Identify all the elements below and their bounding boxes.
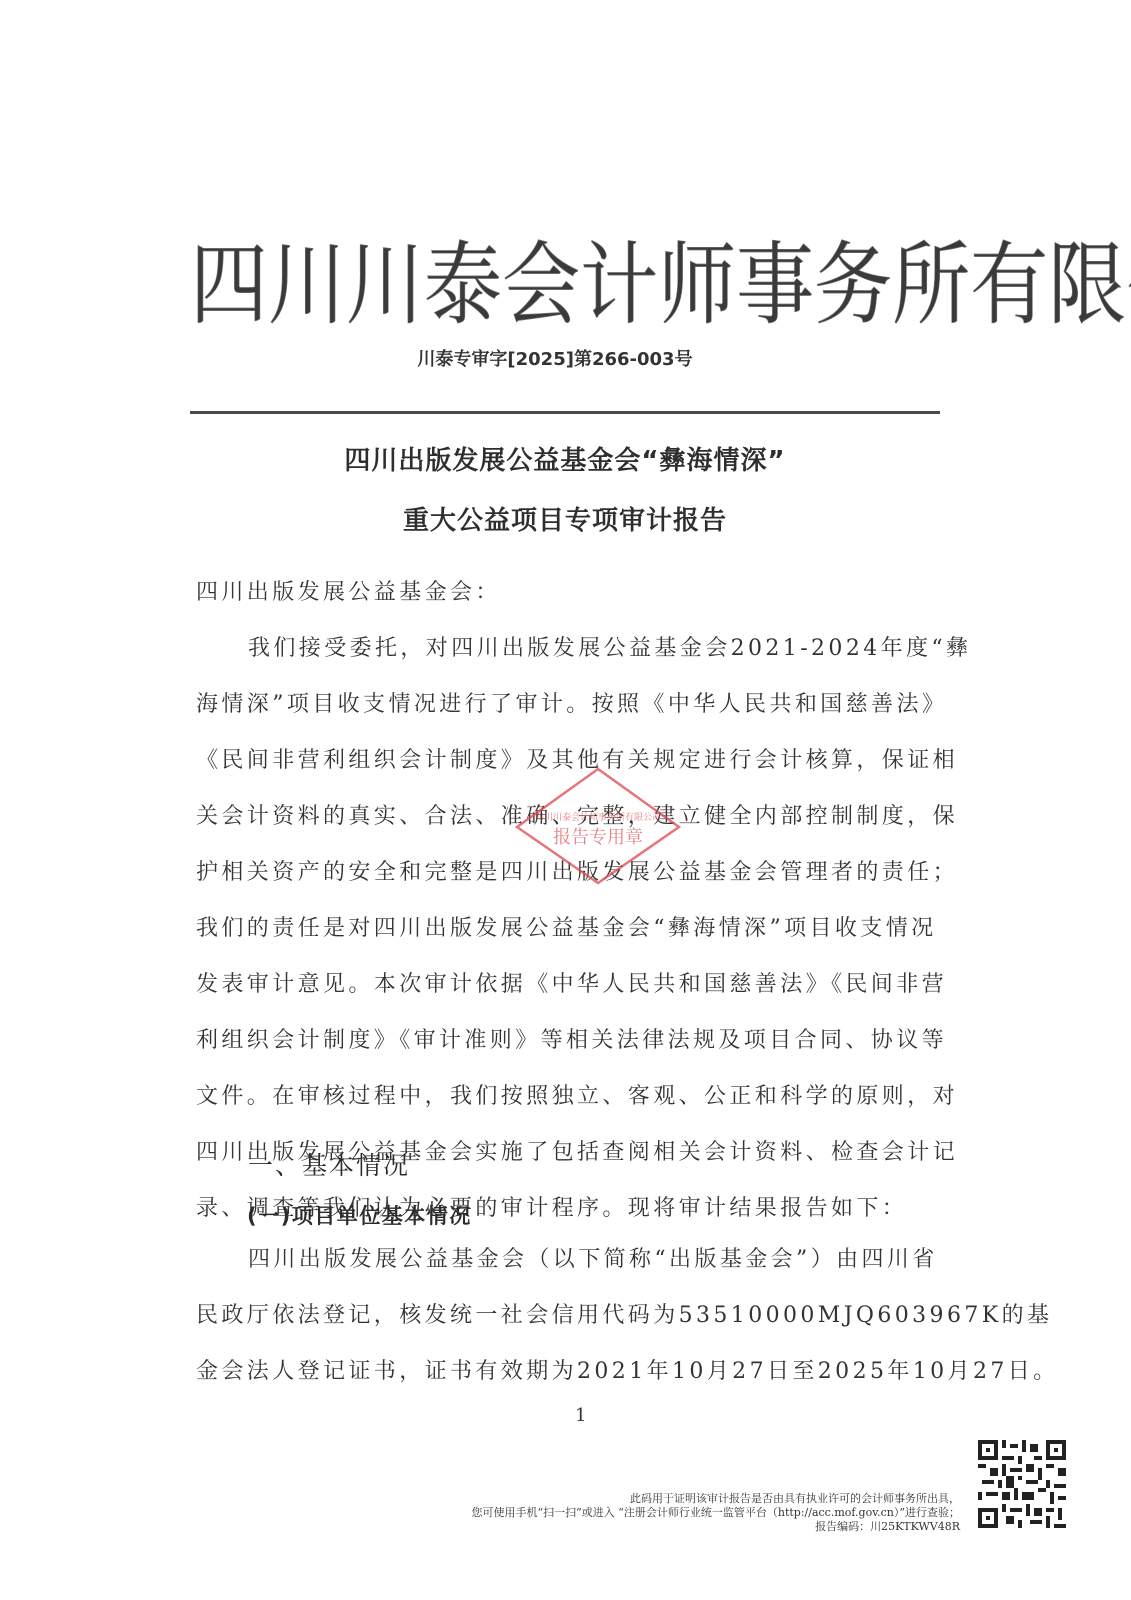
firm-name-letterhead: 四 川 川 泰 会 计 师 事 务 所 有 限 公 司 xyxy=(190,228,920,343)
firm-name-char: 有 xyxy=(970,228,1048,343)
firm-name-char: 所 xyxy=(892,228,970,343)
firm-name-char: 川 xyxy=(346,228,424,343)
paragraph-line: 金会法人登记证书，证书有效期为2021年10月27日至2025年10月27日。 xyxy=(196,1344,974,1400)
firm-name-char: 事 xyxy=(736,228,814,343)
svg-text:报告专用章: 报告专用章 xyxy=(553,826,643,848)
paragraph-line: 民政厅依法登记，核发统一社会信用代码为53510000MJQ603967K的基 xyxy=(196,1288,974,1344)
firm-name-char: 计 xyxy=(580,228,658,343)
paragraph-line: 四川出版发展公益基金会（以下简称“出版基金会”）由四川省 xyxy=(196,1232,974,1288)
paragraph-line: 文件。在审核过程中，我们按照独立、客观、公正和科学的原则，对 xyxy=(196,1069,974,1125)
firm-name-char: 川 xyxy=(268,228,346,343)
firm-name-char: 师 xyxy=(658,228,736,343)
verification-footer: 此码用于证明该审计报告是否由具有执业许可的会计师事务所出具， 您可使用手机“扫一… xyxy=(380,1492,960,1534)
section1-body: 四川出版发展公益基金会（以下简称“出版基金会”）由四川省 民政厅依法登记，核发统… xyxy=(196,1232,974,1400)
report-title-line-1: 四川出版发展公益基金会“彝海情深” xyxy=(190,440,940,477)
document-number: 川泰专审字[2025]第266-003号 xyxy=(190,345,920,371)
report-seal-stamp: 四川川泰会计师事务所有限公司 报告专用章 xyxy=(513,765,683,885)
paragraph-line: 海情深”项目收支情况进行了审计。按照《中华人民共和国慈善法》 xyxy=(196,677,974,733)
firm-name-char: 务 xyxy=(814,228,892,343)
diamond-seal-icon: 四川川泰会计师事务所有限公司 报告专用章 xyxy=(513,765,683,885)
paragraph-line: 我们接受委托，对四川出版发展公益基金会2021-2024年度“彝 xyxy=(196,621,974,677)
paragraph-line: 利组织会计制度》《审计准则》等相关法律法规及项目合同、协议等 xyxy=(196,1013,974,1069)
section-heading-basic-info: 一、基本情况 xyxy=(248,1146,410,1182)
report-title-line-2: 重大公益项目专项审计报告 xyxy=(190,500,940,537)
firm-name-char: 限 xyxy=(1048,228,1126,343)
report-body: 四川出版发展公益基金会： 我们接受委托，对四川出版发展公益基金会2021-202… xyxy=(196,565,974,1237)
firm-name-char: 四 xyxy=(190,228,268,343)
firm-name-char: 会 xyxy=(502,228,580,343)
footer-line-2-right: “注册会计师行业统一监管平台（http://acc.mof.gov.cn）”进行… xyxy=(618,1506,960,1519)
svg-text:四川川泰会计师事务所有限公司: 四川川泰会计师事务所有限公司 xyxy=(535,811,661,823)
firm-name-char: 公 xyxy=(1126,228,1131,343)
subsection-heading-unit-info: (一)项目单位基本情况 xyxy=(247,1200,472,1230)
paragraph-line: 发表审计意见。本次审计依据《中华人民共和国慈善法》《民间非营 xyxy=(196,957,974,1013)
firm-name-char: 泰 xyxy=(424,228,502,343)
paragraph-line: 我们的责任是对四川出版发展公益基金会“彝海情深”项目收支情况 xyxy=(196,901,974,957)
verification-qr-code[interactable] xyxy=(978,1440,1066,1528)
footer-line-1: 此码用于证明该审计报告是否由具有执业许可的会计师事务所出具， xyxy=(380,1492,960,1506)
footer-line-2: 您可使用手机“扫一扫”或进入 “注册会计师行业统一监管平台（http://acc… xyxy=(380,1506,960,1520)
footer-line-2-left: 您可使用手机“扫一扫”或进入 xyxy=(471,1506,614,1519)
qr-code-icon xyxy=(978,1440,1066,1528)
header-divider xyxy=(190,411,940,414)
page-number: 1 xyxy=(575,1405,586,1426)
footer-report-code: 报告编码：川25KTKWV48R xyxy=(380,1520,960,1534)
salutation: 四川出版发展公益基金会： xyxy=(196,565,974,621)
